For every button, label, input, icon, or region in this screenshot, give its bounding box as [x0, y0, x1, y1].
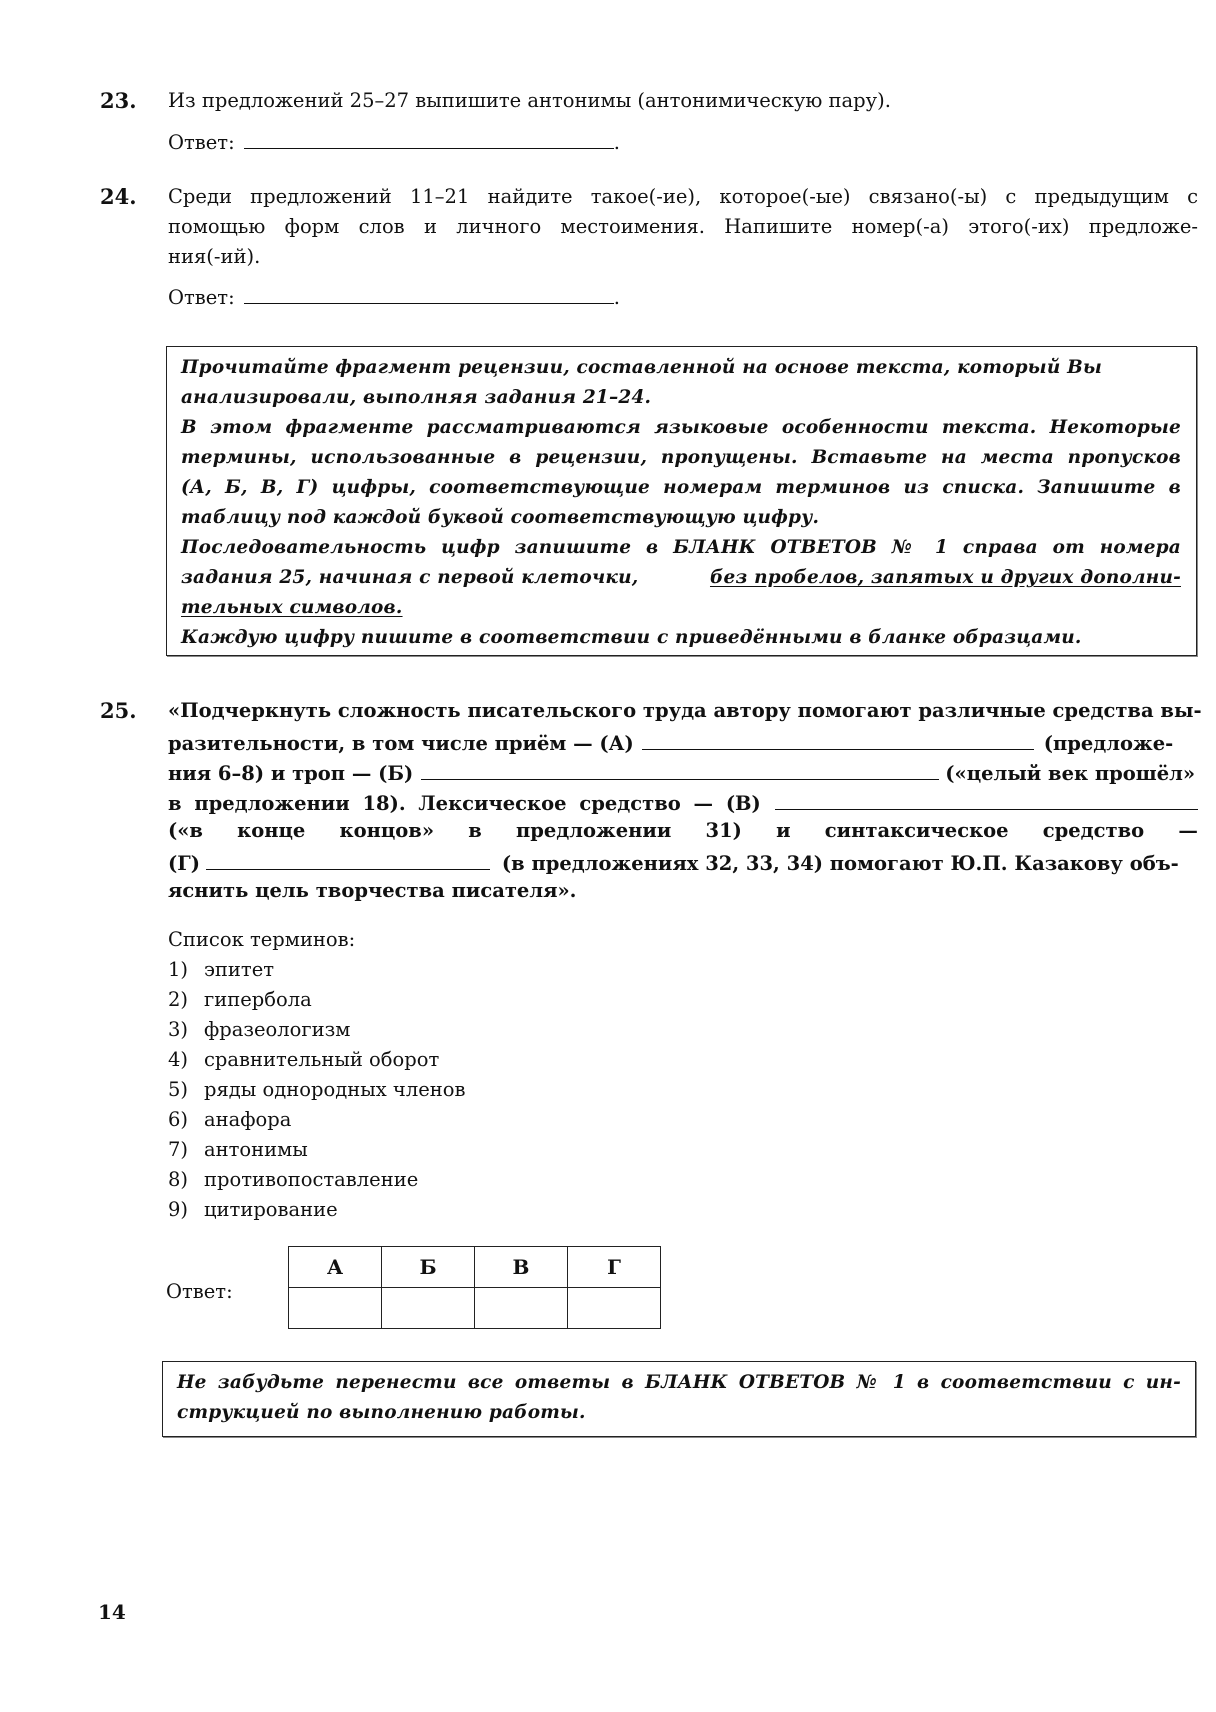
question-25-line-1: «Подчеркнуть сложность писательского тру…	[168, 699, 1198, 722]
term-number: 3)	[168, 1018, 204, 1041]
term-label: фразеологизм	[204, 1018, 350, 1041]
term-number: 1)	[168, 958, 204, 981]
question-25-line-7: яснить цель творчества писателя».	[168, 879, 576, 902]
answer-cell-b[interactable]	[382, 1288, 475, 1329]
instruction-line: таблицу под каждой буквой соответствующу…	[181, 507, 819, 528]
question-25-word: («в	[168, 819, 203, 842]
term-label: эпитет	[204, 958, 274, 981]
term-label: цитирование	[204, 1198, 338, 1221]
term-number: 2)	[168, 988, 204, 1011]
answer-table-value-row	[289, 1288, 661, 1329]
question-23-number: 23.	[100, 88, 137, 113]
instruction-box: Прочитайте фрагмент рецензии, составленн…	[166, 346, 1197, 656]
term-item: 3)фразеологизм	[168, 1018, 350, 1041]
answer-table-header-row: А Б В Г	[289, 1247, 661, 1288]
reminder-line: Не забудьте перенести все ответы в БЛАНК…	[177, 1372, 1181, 1393]
question-25-word: —	[1178, 819, 1198, 842]
term-item: 4)сравнительный оборот	[168, 1048, 439, 1071]
instruction-line: В этом фрагменте рассматриваются языковы…	[181, 417, 1181, 438]
question-25-text: («целый век прошёл»	[945, 762, 1195, 785]
term-label: анафора	[204, 1108, 291, 1131]
answer-table-header: А	[289, 1247, 382, 1288]
term-number: 4)	[168, 1048, 204, 1071]
term-item: 8)противопоставление	[168, 1168, 418, 1191]
term-label: антонимы	[204, 1138, 308, 1161]
answer-label: Ответ:	[168, 131, 235, 154]
question-25-line-3: ния 6–8) и троп — (Б) («целый век прошёл…	[168, 759, 1198, 785]
blank-b-field[interactable]	[421, 759, 939, 780]
question-24-answer: Ответ: .	[168, 283, 620, 309]
term-label: гипербола	[204, 988, 312, 1011]
term-number: 5)	[168, 1078, 204, 1101]
answer-cell-v[interactable]	[475, 1288, 568, 1329]
question-23-answer: Ответ: .	[168, 128, 620, 154]
question-24-answer-field[interactable]	[244, 283, 614, 304]
term-label: противопоставление	[204, 1168, 418, 1191]
term-item: 6)анафора	[168, 1108, 291, 1131]
term-item: 2)гипербола	[168, 988, 312, 1011]
answer-table-header: В	[475, 1247, 568, 1288]
answer-period: .	[614, 131, 620, 154]
answer-table: А Б В Г	[288, 1246, 661, 1329]
answer-period: .	[614, 286, 620, 309]
term-item: 7)антонимы	[168, 1138, 308, 1161]
blank-g-field[interactable]	[206, 849, 490, 870]
instruction-underlined: без пробелов, запятых и других дополни-	[710, 567, 1181, 588]
term-number: 7)	[168, 1138, 204, 1161]
question-24-line-2: помощью форм слов и личного местоимения.…	[168, 215, 1198, 238]
answer-table-header: Г	[568, 1247, 661, 1288]
answer-cell-g[interactable]	[568, 1288, 661, 1329]
question-24-line-3: ния(-ий).	[168, 245, 260, 268]
answer-table-header: Б	[382, 1247, 475, 1288]
question-25-text: (предложе-	[1044, 732, 1173, 755]
question-24-line-1: Среди предложений 11–21 найдите такое(-и…	[168, 185, 1198, 208]
instruction-line: (А, Б, В, Г) цифры, соответствующие номе…	[181, 477, 1181, 498]
blank-v-field[interactable]	[775, 789, 1198, 810]
instruction-line: Прочитайте фрагмент рецензии, составленн…	[181, 357, 1181, 378]
question-25-text: (в предложениях 32, 33, 34) помогают Ю.П…	[502, 852, 1179, 875]
question-25-text: (Г)	[168, 852, 200, 875]
question-25-line-5: («вконцеконцов»впредложении31)исинтаксич…	[168, 819, 1198, 842]
instruction-text: задания 25, начиная с первой клеточки,	[181, 567, 638, 588]
answer-label: Ответ:	[168, 286, 235, 309]
question-23-text: Из предложений 25–27 выпишите антонимы (…	[168, 89, 891, 112]
instruction-line: термины, использованные в рецензии, проп…	[181, 447, 1181, 468]
question-25-word: предложении	[516, 819, 671, 842]
term-item: 9)цитирование	[168, 1198, 338, 1221]
reminder-line: струкцией по выполнению работы.	[177, 1402, 586, 1423]
question-23-answer-field[interactable]	[244, 128, 614, 149]
term-item: 5)ряды однородных членов	[168, 1078, 465, 1101]
question-25-number: 25.	[100, 698, 137, 723]
question-25-word: конце	[237, 819, 305, 842]
answer-table-label: Ответ:	[166, 1280, 233, 1303]
question-25-word: и	[776, 819, 790, 842]
question-25-text: ния 6–8) и троп — (Б)	[168, 762, 413, 785]
term-number: 8)	[168, 1168, 204, 1191]
instruction-line: тельных символов.	[181, 597, 403, 618]
question-25-word: в	[468, 819, 482, 842]
question-25-line-4: в предложении 18). Лексическое средство …	[168, 789, 1198, 815]
instruction-line: Последовательность цифр запишите в БЛАНК…	[181, 537, 1181, 558]
term-item: 1)эпитет	[168, 958, 274, 981]
question-25-text: в предложении 18). Лексическое средство …	[168, 792, 761, 815]
term-number: 9)	[168, 1198, 204, 1221]
question-25-word: средство	[1043, 819, 1144, 842]
reminder-box: Не забудьте перенести все ответы в БЛАНК…	[162, 1361, 1196, 1437]
instruction-line: Каждую цифру пишите в соответствии с при…	[181, 627, 1082, 648]
term-label: ряды однородных членов	[204, 1078, 465, 1101]
question-25-line-2: разительности, в том числе приём — (А) (…	[168, 729, 1198, 755]
term-label: сравнительный оборот	[204, 1048, 439, 1071]
term-number: 6)	[168, 1108, 204, 1131]
question-25-word: 31)	[706, 819, 742, 842]
question-25-line-6: (Г) (в предложениях 32, 33, 34) помогают…	[168, 849, 1198, 875]
instruction-underlined: тельных символов.	[181, 597, 403, 618]
instruction-line: анализировали, выполняя задания 21–24.	[181, 387, 651, 408]
question-25-text: разительности, в том числе приём — (А)	[168, 732, 634, 755]
question-25-word: концов»	[340, 819, 435, 842]
terms-title: Список терминов:	[168, 928, 355, 951]
answer-cell-a[interactable]	[289, 1288, 382, 1329]
blank-a-field[interactable]	[642, 729, 1034, 750]
instruction-line: задания 25, начиная с первой клеточки, б…	[181, 567, 1181, 588]
page-number: 14	[98, 1600, 126, 1624]
question-24-number: 24.	[100, 184, 137, 209]
question-25-word: синтаксическое	[825, 819, 1009, 842]
